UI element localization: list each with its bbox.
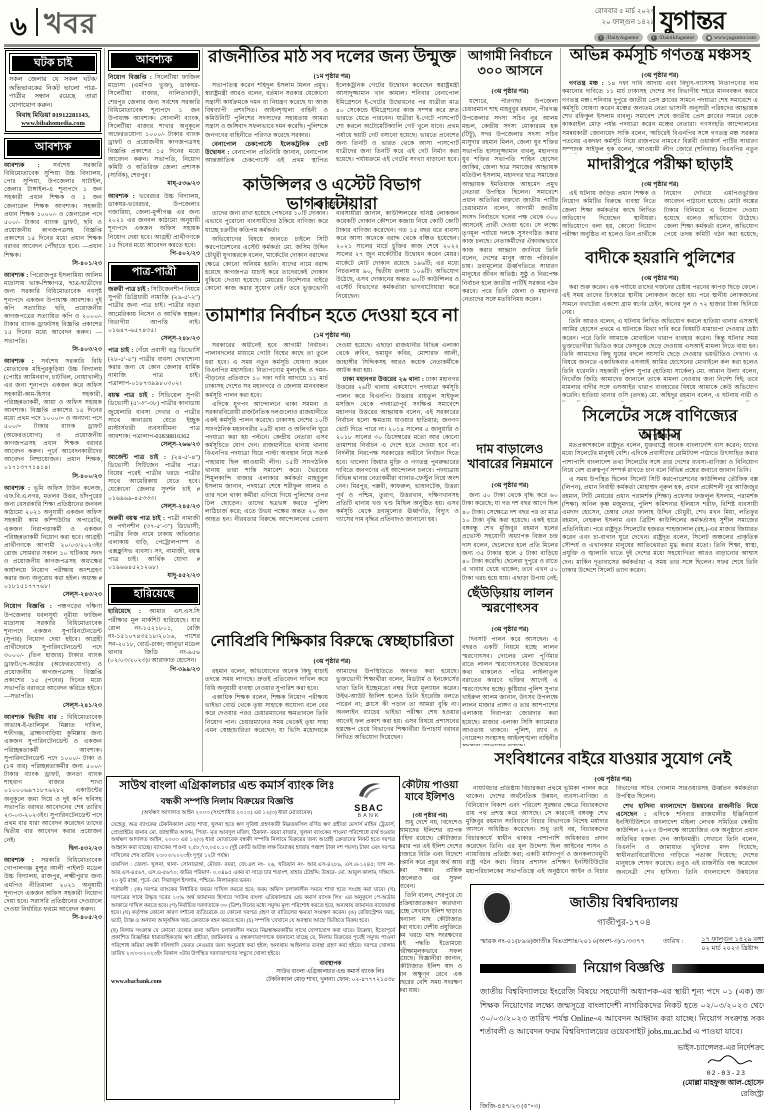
classified-ad: নিয়োগ বিজ্ঞপ্তি : পঞ্চগড়ের দক্ষিণা উপজ… — [4, 603, 102, 709]
matrimonial-ad: জরুরী বয়স্ক পাত্র চাই : পাত্রী নামাজী ও… — [108, 515, 200, 581]
classified-ad: আবশ্যক : সর্বশেষ সরকারি বিধিমোতাবেক সুন্… — [4, 162, 102, 268]
article-paragraph: সরকারের অধীনেই হবে আগামী নির্বাচন। পালাব… — [205, 342, 328, 400]
classified-ad-text: আবশ্যক : ভূমি অফিস টাউন কলেজ, এফ.বি.এ.নগ… — [4, 485, 102, 591]
article-continuation-tag: (৩য় পৃষ্ঠার পর) — [462, 86, 558, 97]
article-body: সরকারের অধীনেই হবে আগামী নির্বাচন। পালাব… — [205, 342, 459, 628]
twitter-icon: t — [598, 35, 604, 41]
national-university-ad: জাতীয় বিশ্ববিদ্যালয় গাজীপুর-১৭০৪ স্মার… — [470, 884, 764, 1110]
article-body: মতপ্রকাশকালে রাষ্ট্রদূত বলেন, যুক্তরাষ্ট… — [562, 442, 758, 742]
article-headline: আগামী নির্বাচনে ৩০০ আসনে — [462, 48, 558, 79]
classified-ad-code: সেল্স-২৪৩/২৩ — [4, 591, 102, 599]
classified-ad-code: মাধ্-৫৩৬/২৩ — [108, 180, 200, 188]
ghotok-phone: বিবাহ মিডিয়া 01912281143, — [9, 112, 97, 121]
matrimonial-ad-code: সেল্স-২৪৫/২৩ — [108, 503, 200, 511]
registrar-title: রেজিস্ট্রার — [480, 1089, 764, 1099]
article-paragraph: তিনি বলেন, শেরপুরে যে প্রক্রিয়াজাতকরণ ক… — [398, 893, 462, 997]
article-continuation-tag: (৩য় পৃষ্ঠার পর) — [462, 480, 558, 491]
article-headline: সংবিধানের বাইরে যাওয়ার সুযোগ নেই — [468, 751, 758, 770]
column-rule — [104, 48, 105, 1102]
article-headline: রাজনীতির মাঠ সব দলের জন্য উন্মুক্ত — [205, 47, 459, 67]
university-name: জাতীয় বিশ্ববিদ্যালয় — [480, 891, 764, 915]
sbac-bank-ad: সাউথ বাংলা এগ্রিকালচার এন্ড কমার্স ব্যাং… — [106, 776, 400, 1100]
article-paragraph: তাদের জন্য রাখা হয়েছে পেছনের ১০টি দোকান… — [205, 210, 328, 235]
recruitment-banner: নিয়োগ বিজ্ঞপ্তি — [480, 957, 764, 980]
sbac-signature-block: ব্যবস্থাপক সাউথ বাংলা এগ্রিকালচার এন্ড ক… — [266, 961, 395, 984]
memo-date-bangla: ১৭ ফাল্গুন ১৪২৯ বঙ্গাব্দ — [701, 935, 764, 944]
matrimonial-ad-code: সেল্স-২৪৮/২৩ — [108, 335, 200, 343]
website-label: www.jugantor.com — [714, 35, 756, 41]
sbac-website: www.sbacbank.com — [111, 979, 162, 985]
lost-notice-header: হারিয়েছে — [108, 584, 200, 605]
classified-ad-text: নিয়োগ বিজ্ঞপ্তি : সিলেটীয়া ফাজিল মাদ্র… — [108, 74, 200, 180]
memo-date-label: তারিখ : — [663, 935, 683, 947]
article-continuation-tag: (৩য় পৃষ্ঠার পর) — [562, 273, 758, 284]
column-rule — [460, 48, 461, 748]
article-body: শুধু দেশে নয়, বিদেশেও আমাদের ইলিশের ব্য… — [398, 820, 462, 1102]
classified-ad-text: আবশ্যক : সর্বশেষ সরকারি বিধিমোতাবেক সুন্… — [4, 162, 102, 260]
matrimonial-ad-text: পাত্র চাই : গেঁয়ে প্রবাসী বড্র ডিভোর্সি… — [108, 347, 200, 388]
classified-ad-text: আবশ্যক : ভবেরচর উচ্চ বিদ্যালয়, ডাকঘর-ভব… — [108, 193, 200, 250]
website-handle: ◉www.jugantor.com — [702, 33, 760, 42]
classified-ad-code: সি-৪০৫/২৩ — [4, 914, 102, 922]
matrimonial-ad-text: বয়স্ক পাত্র চাই : সিভিয়েল সুপথী ডিভোর্… — [108, 392, 200, 441]
classified-ad-text: আবশ্যক : সরকারি বিধিমোতাবেক গোপালগঞ্জ মু… — [4, 857, 102, 914]
article-paragraph: সভাপতিত্ব করেন শহিদুল ইসলাম মিলন প্রমুখ।… — [205, 82, 328, 140]
signature-date: 02-03-23 — [480, 1069, 746, 1078]
sbac-ad-subtitle: বন্ধকী সম্পত্তি নিলাম বিক্রয়ের বিজ্ঞপ্ত… — [111, 794, 343, 809]
aboshyok-header-1: আবশ্যক — [4, 138, 102, 159]
article-body: দিবসটি পালন করে আসছেন। এ বছরও একটি নিয়ম… — [462, 636, 558, 746]
classified-ad-text: আবশ্যক : সর্বশেষ সরকারি বিধি মোতাবেক মহি… — [4, 358, 102, 473]
matrimonial-ad-text: জরুরী বয়স্ক পাত্র চাই : পাত্রী নামাজী ও… — [108, 515, 200, 572]
article-continuation-tag: (৩য় পৃষ্ঠার পর) — [462, 624, 558, 635]
banner-bar-right — [672, 964, 764, 973]
article-continuation-tag: (১ম পৃষ্ঠার পর) — [205, 71, 459, 82]
sbac-signer-org: সাউথ বাংলা এগ্রিকালচার এন্ড কমার্স ব্যাং… — [266, 969, 395, 977]
recruitment-banner-title: নিয়োগ বিজ্ঞপ্তি — [576, 957, 673, 980]
classified-ad: আবশ্যক : ভবেরচর উচ্চ বিদ্যালয়, ডাকঘর-ভব… — [108, 193, 200, 259]
classified-ad-code: সেল্স-২৪১/২৩ — [4, 702, 102, 710]
date-line-2: ২০ ফাল্গুন ১৪২৯ — [565, 17, 655, 28]
date-line-1: রোববার ৫ মার্চ ২০২৩ — [565, 6, 655, 17]
article-continuation-tag: (৩য় পৃষ্ঠার পর) — [562, 431, 758, 442]
memo-dates: ১৭ ফাল্গুন ১৪২৯ বঙ্গাব্দ ০২ মার্চ ২০২৩ খ… — [701, 935, 764, 953]
article-body: গণতন্ত্র মঞ্চ : ১৪ দফা দাবি আদায় এবং বি… — [562, 80, 758, 154]
aboshyok-title-1: আবশ্যক — [7, 140, 100, 156]
sbac-ad-law-line: (অর্থঋণ আদালত আইন ২০০৩ (সংশোধিত ২০১০) এর… — [111, 810, 343, 818]
patro-patri-header: পাত্র-পাত্রী — [108, 262, 200, 283]
order-line: ভাইস-চ্যান্সেলর-এর নির্দেশক্রমে — [480, 1043, 764, 1053]
classified-list-1: আবশ্যক : সর্বশেষ সরকারি বিধিমোতাবেক সুন্… — [4, 162, 102, 923]
article-continuation-tag: (৩য় পৃষ্ঠার পর) — [562, 179, 758, 190]
column-rule — [560, 48, 561, 748]
classified-list-2: নিয়োগ বিজ্ঞপ্তি : সিলেটীয়া ফাজিল মাদ্র… — [108, 74, 200, 258]
classified-ad: আবশ্যক : সরকারি বিধিমোতাবেক গোপালগঞ্জ মু… — [4, 857, 102, 923]
article-paragraph: তিনি আরও বলেন, এ ঘটনায় লিখিত অভিযোগ করল… — [562, 318, 758, 402]
lost-notice-code: পি-৩৯৯/২৩ — [108, 666, 200, 674]
matrimonial-ad: জরুরী পাত্র চাই : সিটিজেনশীপ নিয়মে সুপথ… — [108, 286, 200, 343]
lost-notice-text: হারিয়েছে : আমার এস.এস.সি পরীক্ষার মূল ম… — [108, 608, 200, 665]
article-headline: মাদারীপুরে পরীক্ষা ছাড়াই — [562, 157, 758, 175]
matrimonial-list: জরুরী পাত্র চাই : সিটিজেনশীপ নিয়মে সুপথ… — [108, 286, 200, 580]
classified-ad-text: আবশ্যক : পিরোজপুর ইসলামিয়া আলিম মাদ্রাস… — [4, 272, 102, 346]
lost-notice-title: হারিয়েছে — [111, 587, 198, 603]
memo-number: স্মারক নং-০১(৮৯৬)জাতীঃ বিঃ/প্রশাঃ/২০১০(অ… — [480, 935, 645, 947]
matrimonial-ad: আর্জেন্ট পাত্র চাই : (২৪-৫′-৪″) ডিভোর্সী… — [108, 454, 200, 511]
classified-ad: আবশ্যক : পিরোজপুর ইসলামিয়া আলিম মাদ্রাস… — [4, 272, 102, 354]
classified-ad-code: দ্বিগ-৪৩২/২৩ — [4, 845, 102, 853]
university-address: গাজীপুর-১৭০৪ — [480, 916, 764, 930]
article-paragraph: দিবসটি পালন করে আসছেন। এ বছরও একটি নিয়ম… — [462, 636, 558, 746]
sbac-logo-word: SBAC — [343, 804, 395, 813]
article-paragraph: জন্য ৫০ টাকা থেকে বৃদ্ধি করে ৬০ টাকা করে… — [462, 492, 558, 582]
sbac-signer-branch: টেকনিক্যাল মোড় শাখা, খুলনা। ফোন: ০২-৪৭৭… — [266, 977, 395, 985]
matrimonial-ad: বয়স্ক পাত্র চাই : সিভিয়েল সুপথী ডিভোর্… — [108, 392, 200, 449]
classified-ad-text: নিয়োগ বিজ্ঞপ্তি : পঞ্চগড়ের দক্ষিণা উপজ… — [4, 603, 102, 701]
facebook-handle: f/DainikJugantor — [647, 33, 698, 42]
sbac-logo: SBAC BANK — [343, 780, 395, 819]
sbac-swoosh-icon — [356, 781, 382, 799]
classified-ad-code: সি-৪০০/২৩ — [4, 473, 102, 481]
article-headline: অভিন্ন কর্মসূচি গণতন্ত্র মঞ্চসহ — [562, 47, 758, 66]
article-paragraph: ঢাকা মহানগর উত্তরের ২৬ থানা : ঢাকা মহানগ… — [336, 376, 459, 525]
article-continuation-tag: (৩য় পৃষ্ঠার পর) — [205, 199, 459, 210]
classified-ad: নিয়োগ বিজ্ঞপ্তি : সিলেটীয়া ফাজিল মাদ্র… — [108, 74, 200, 189]
sbac-ad-paragraph: যেহেতু, অত্র ব্যাংকের টেকনিক্যাল মোড় শা… — [111, 822, 395, 860]
facebook-label: /DainikJugantor — [659, 35, 694, 41]
registrar-name: (মোল্লা মাহফুজ আল-হোসেন) — [480, 1078, 764, 1088]
article-body: সভাপতিত্ব করেন শহিদুল ইসলাম মিলন প্রমুখ।… — [205, 82, 459, 172]
ghotok-chai-box: ঘটক চাই সকল জেলার যে সকল ঘটক/অভিভাবকের ন… — [5, 50, 101, 132]
aboshyok-title-2: আবশ্যক — [111, 53, 198, 69]
article-headline: তামাশার নির্বাচন হতে দেওয়া হবে না — [205, 305, 459, 326]
matrimonial-ad-text: আর্জেন্ট পাত্র চাই : (২৪-৫′-৪″) ডিভোর্সী… — [108, 454, 200, 503]
article-headline: নোবিপ্রবি শিক্ষিকার বিরুদ্ধে স্বেচ্ছাচার… — [205, 633, 459, 651]
article-paragraph: শুধু দেশে নয়, বিদেশেও আমাদের ইলিশের ব্য… — [398, 820, 462, 892]
globe-icon: ◉ — [706, 35, 712, 41]
ghotok-url: www.bibahomedia.com — [9, 120, 97, 128]
classified-ad-code: সি-৪০১/২৩ — [4, 260, 102, 268]
article-paragraph: এ সময় উপস্থিত ছিলেন সিলেট সিটি করপোরেশন… — [562, 476, 758, 575]
classified-ad-code: সি-৪০৩/২৩ — [4, 346, 102, 354]
lost-notice-list: হারিয়েছে : আমার এস.এস.সি পরীক্ষার মূল ম… — [108, 608, 200, 674]
twitter-label: /DailyJugantor — [606, 35, 639, 41]
lost-notice-ad: হারিয়েছে : আমার এস.এস.সি পরীক্ষার মূল ম… — [108, 608, 200, 674]
article-headline: দাম বাড়ালেও খাবারের নিম্নমানে — [462, 442, 558, 472]
sbac-ad-paragraph: (ছ) নিলাম সংক্রান্ত যে কোনো তথ্যের জন্য … — [111, 928, 395, 959]
aboshyok-header-2: আবশ্যক — [108, 50, 200, 71]
ghotok-chai-title: ঘটক চাই — [12, 56, 95, 72]
article-paragraph: গণতন্ত্র মঞ্চ : ১৪ দফা দাবি আদায় এবং বি… — [562, 80, 758, 154]
header-divider — [36, 8, 38, 36]
article-body: তাদের জন্য রাখা হয়েছে পেছনের ১০টি দোকান… — [205, 210, 459, 302]
article-body: এই ঘটনায় জড়িত প্রধান শিক্ষক ও নিয়োগ ক… — [562, 190, 758, 246]
article-body: নায্যবিচার প্রতিষ্ঠায় বিচারকরা প্রথমে ভ… — [466, 785, 758, 877]
article-body: জন্য ৫০ টাকা থেকে বৃদ্ধি করে ৬০ টাকা করে… — [462, 492, 558, 582]
article-continuation-tag: (১ম পৃষ্ঠার পর) — [205, 330, 459, 341]
article-paragraph: এই ঘটনায় জড়িত প্রধান শিক্ষক ও নিয়োগ ক… — [562, 190, 758, 246]
section-title: খবর — [44, 2, 96, 49]
newspaper-page: ৬ খবর রোববার ৫ মার্চ ২০২৩ ২০ ফাল্গুন ১৪২… — [0, 0, 764, 1110]
article-paragraph: করা শুরু করেন। এক পর্যায়ে তাদের গর্জনের… — [562, 284, 758, 317]
classifieds-column-1: ঘটক চাই সকল জেলার যে সকল ঘটক/অভিভাবকের ন… — [4, 48, 102, 1104]
sbac-ad-body: যেহেতু, অত্র ব্যাংকের টেকনিক্যাল মোড় শা… — [111, 822, 395, 958]
article-paragraph: মতপ্রকাশকালে রাষ্ট্রদূত বলেন, যুক্তরাষ্ট… — [562, 442, 758, 475]
classified-ad: আবশ্যক দ্বিতীয় বার : বিধিমোতাবেক অভ্যান… — [4, 714, 102, 853]
social-row: t/DailyJugantor f/DainikJugantor ◉www.ju… — [562, 33, 760, 42]
article-headline: বাদীকে হয়রানি পুলিশের — [562, 250, 758, 269]
article-continuation-tag: (৩য় পৃষ্ঠার পর) — [468, 774, 758, 785]
ghotok-chai-header: ঘটক চাই — [9, 53, 97, 74]
matrimonial-ad: পাত্র চাই : গেঁয়ে প্রবাসী বড্র ডিভোর্সি… — [108, 347, 200, 388]
patro-patri-title: পাত্র-পাত্রী — [111, 265, 198, 281]
sbac-logo-word2: BANK — [343, 813, 395, 819]
sbac-ad-paragraph: তফসিল : জেলা- খুলনা, থানা- সোনাডাঙ্গা, ম… — [111, 862, 395, 885]
article-body: যশোরে, পীরগাছা উপজেলা চেয়ারম্যান শাহ মা… — [462, 98, 558, 434]
logo-divider — [653, 6, 655, 32]
classifieds-column-2: আবশ্যক নিয়োগ বিজ্ঞপ্তি : সিলেটীয়া ফাজি… — [108, 48, 200, 772]
classified-ad-code: পি-৪০২/২৩ — [108, 250, 200, 258]
classified-ad-text: আবশ্যক দ্বিতীয় বার : বিধিমোতাবেক অভ্যান… — [4, 714, 102, 845]
matrimonial-ad-code: সেল্স-২৬৬/২৩ — [108, 441, 200, 449]
column-rule — [202, 48, 203, 772]
article-continuation-tag: (৩য় পৃষ্ঠার পর) — [205, 656, 459, 667]
matrimonial-ad-text: জরুরী পাত্র চাই : সিটিজেনশীপ নিয়মে সুপথ… — [108, 286, 200, 335]
article-headline: কৌটায় পাওয়া যাবে ইলিশও — [398, 780, 462, 804]
facebook-icon: f — [651, 35, 657, 41]
ad-reference-code: জিজি-৪৫৭/২৩ (৫″×৩) — [480, 1101, 540, 1110]
sbac-ad-title: সাউথ বাংলা এগ্রিকালচার এন্ড কমার্স ব্যাং… — [111, 780, 343, 793]
ghotok-chai-text: সকল জেলার যে সকল ঘটক/অভিভাবকের নিকট ভালো… — [9, 76, 97, 111]
article-body: রহমান বলেন, অভিযোগের অনেক কিছু যাচাই তদন… — [205, 668, 459, 768]
date-block: রোববার ৫ মার্চ ২০২৩ ২০ ফাল্গুন ১৪২৯ — [565, 6, 655, 27]
classified-ad: আবশ্যক : ভূমি অফিস টাউন কলেজ, এফ.বি.এ.নগ… — [4, 485, 102, 600]
matrimonial-ad-code: যাদু-৪৫২/২৩ — [108, 572, 200, 580]
memo-date-gregorian: ০২ মার্চ ২০২৩ খ্রিষ্টাব্দ — [701, 944, 764, 953]
registrar-signature-icon — [480, 1054, 754, 1069]
article-headline: ছেঁউড়িয়ায় লালন স্মরণোৎসব — [462, 586, 558, 616]
classified-ad: আবশ্যক : সর্বশেষ সরকারি বিধি মোতাবেক মহি… — [4, 358, 102, 481]
article-paragraph: যশোরে, পীরগাছা উপজেলা চেয়ারম্যান শাহ মা… — [462, 98, 558, 304]
article-paragraph: রহমান বলেন, অভিযোগের অনেক কিছু যাচাই তদন… — [205, 668, 328, 693]
twitter-handle: t/DailyJugantor — [594, 33, 643, 42]
sbac-ad-paragraph: শর্তাবলী : (ক) দরপত্র ব্যাংকের নির্ধারিত… — [111, 887, 395, 925]
banner-bar-left — [480, 964, 576, 973]
recruitment-notice-text: জাতীয় বিশ্ববিদ্যালয়ে ইংরেজি বিষয়ে সহয… — [480, 985, 764, 1038]
article-body: করা শুরু করেন। এক পর্যায়ে তাদের গর্জনের… — [562, 284, 758, 402]
